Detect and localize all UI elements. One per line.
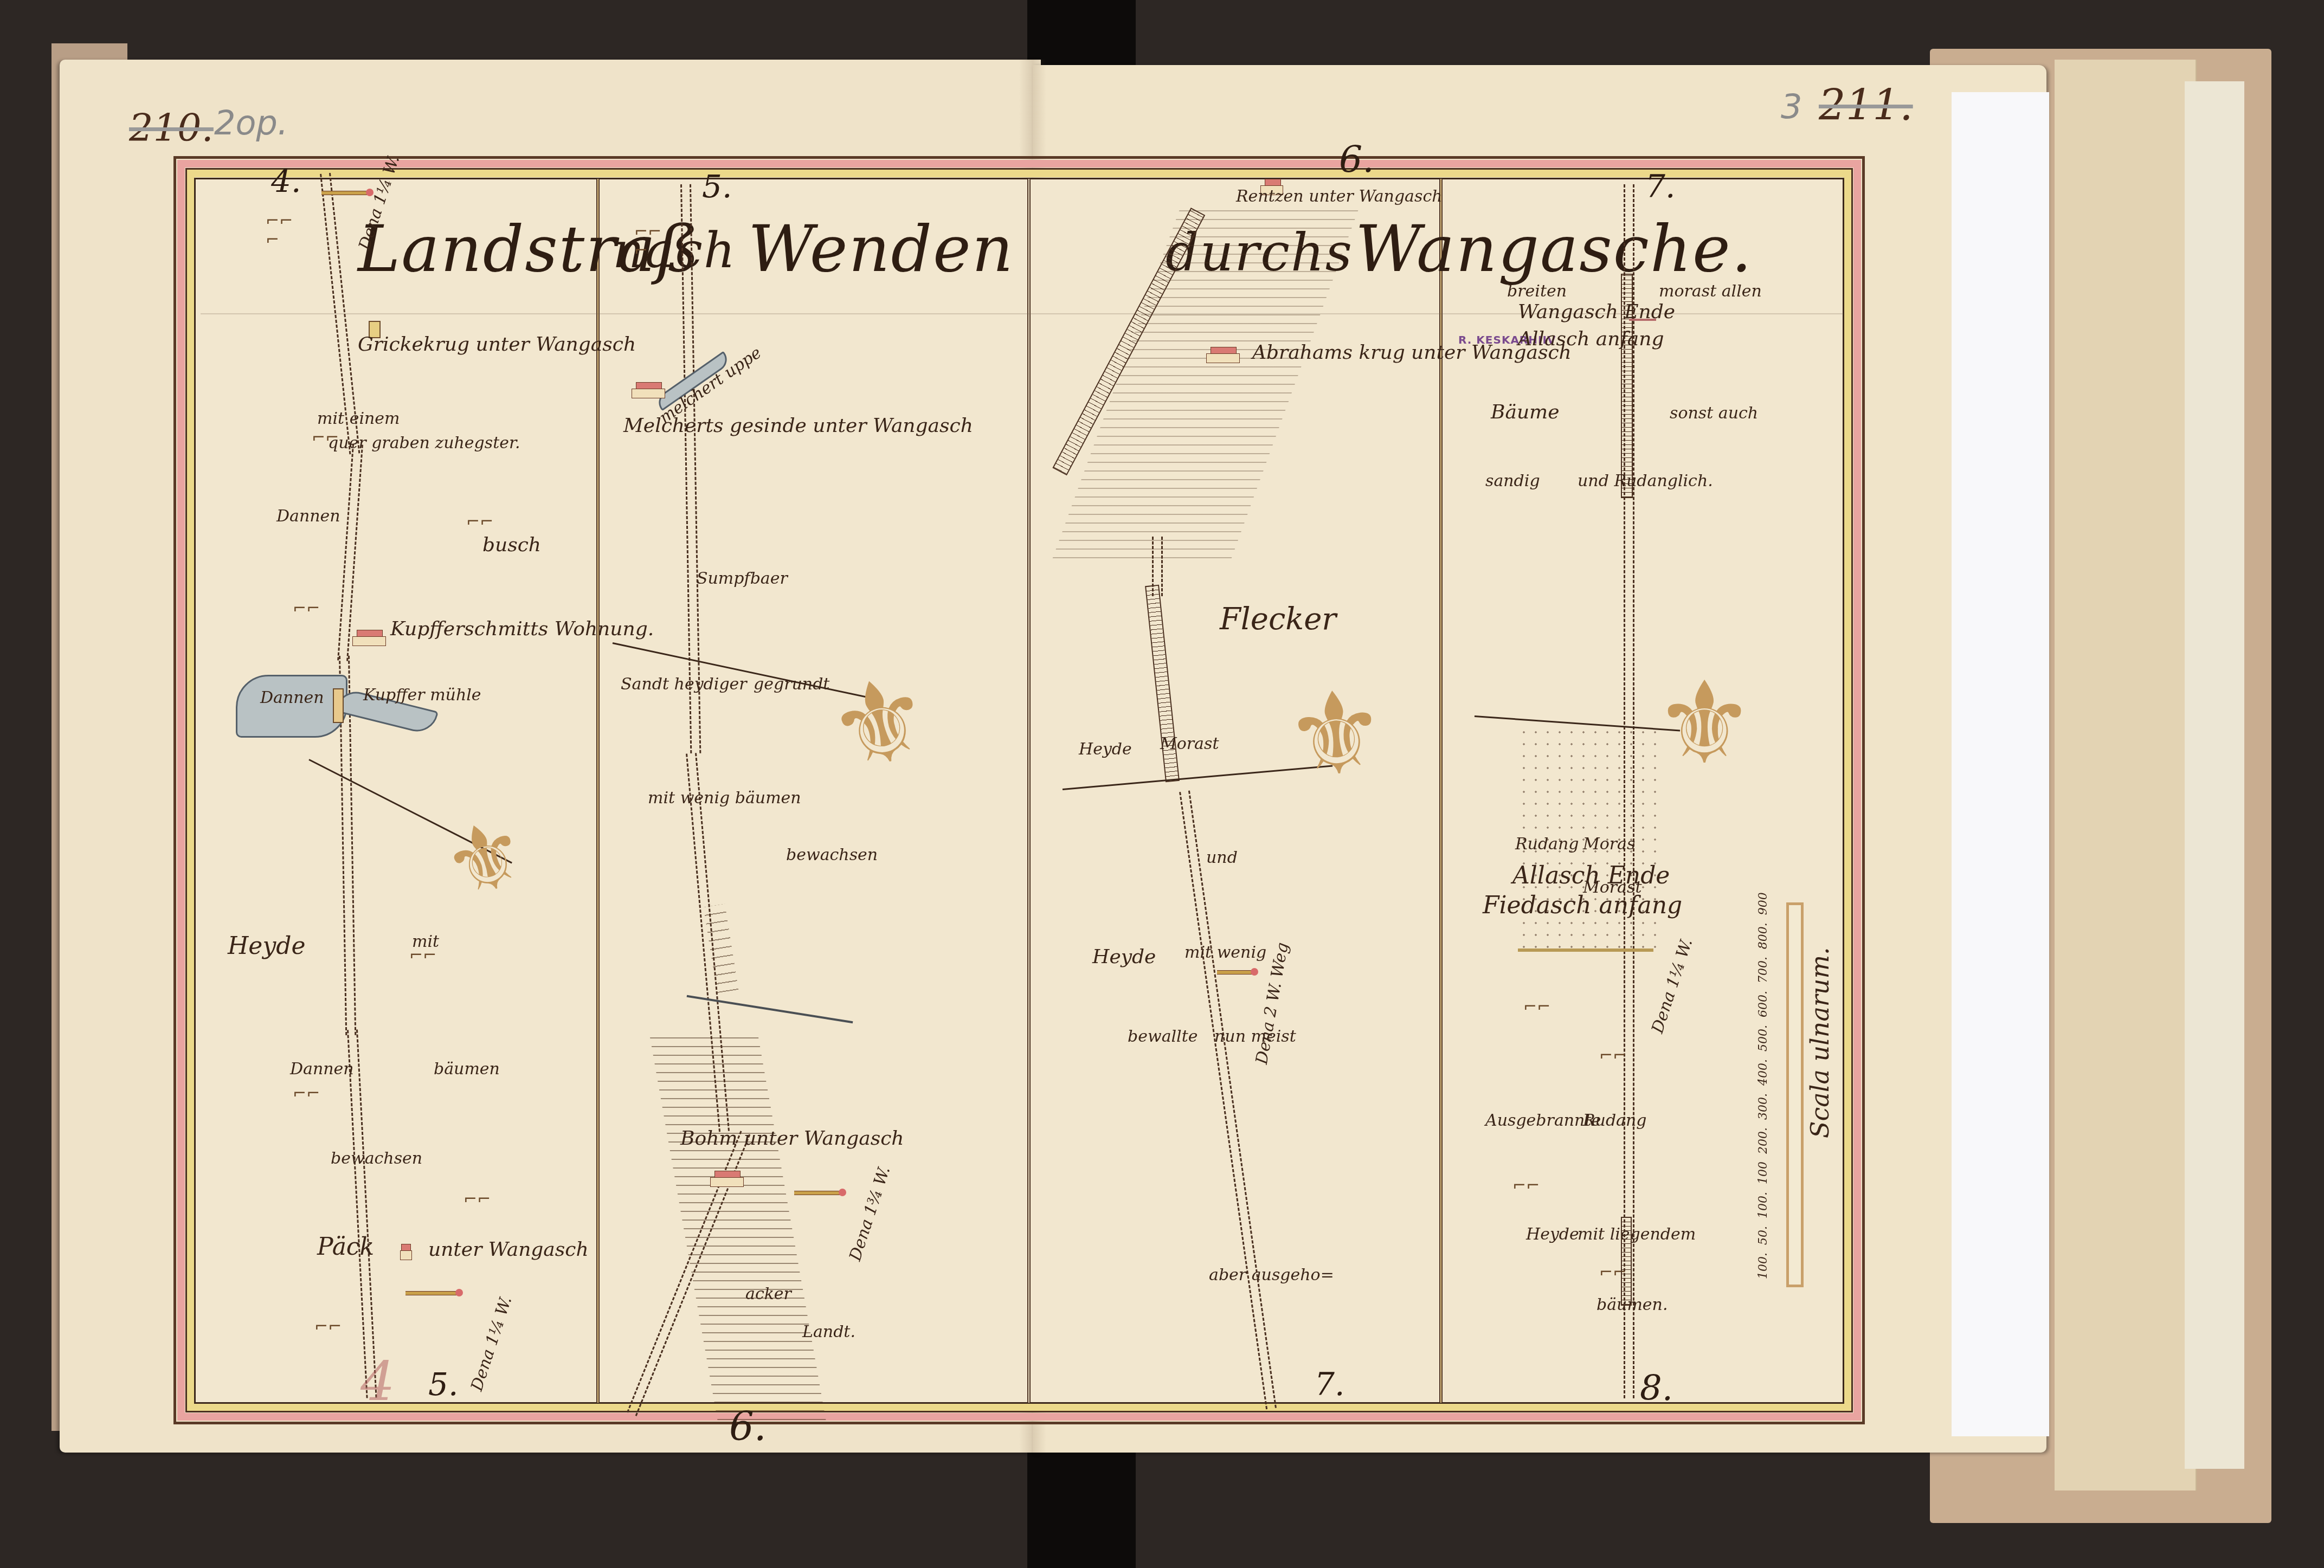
strip-divider-1 — [596, 179, 600, 1403]
label-acker: acker — [745, 1285, 791, 1304]
grass-symbol: ⌐⌐⌐ — [266, 211, 293, 249]
label-bewachsen: bewachsen — [331, 1149, 422, 1168]
folio-left-pencil: 2op. — [214, 103, 288, 143]
title-word-3: Wenden — [748, 211, 1014, 286]
label-kupfferschmitts: Kupfferschmitts Wohnung. — [390, 618, 654, 640]
milestone-marker-6: 6. — [729, 1404, 767, 1449]
label-bewachsen-2: bewachsen — [786, 846, 878, 864]
grass-symbol: ⌐⌐ — [293, 599, 320, 618]
label-sonst-auch: sonst auch — [1670, 404, 1758, 423]
label-heyde: Heyde — [228, 932, 305, 960]
label-dannen: Dannen — [276, 507, 340, 526]
flyleaf-right — [2185, 81, 2244, 1469]
label-moras: Moras — [1583, 835, 1635, 854]
label-allasch-anfang: Allasch anfang — [1518, 328, 1664, 350]
milestone-marker-8: 8. — [1640, 1369, 1673, 1409]
verst-post — [321, 191, 370, 195]
label-bewallte: bewallte — [1128, 1027, 1198, 1046]
label-mit-liegendem: mit liegendem — [1578, 1225, 1696, 1244]
label-mit-wenig-baumen: mit wenig bäumen — [648, 789, 801, 808]
scale-tick: 100. — [1756, 1253, 1770, 1279]
milestone-marker-4: 4. — [271, 163, 301, 199]
grass-symbol: ⌐⌐ — [466, 512, 493, 531]
house-icon — [400, 1244, 411, 1259]
label-mit-einem: mit einem — [317, 409, 400, 428]
scale-tick: 200. — [1756, 1127, 1770, 1154]
label-heyde-2: Heyde — [1079, 740, 1132, 759]
label-grickekrug: Grickekrug unter Wangasch — [358, 333, 636, 356]
label-sandig: sandig — [1485, 472, 1540, 491]
milestone-marker-6-top: 6. — [1339, 138, 1374, 181]
grass-symbol: ⌐⌐ — [1523, 997, 1550, 1016]
house-icon — [710, 1171, 743, 1186]
grass-symbol: ⌐⌐ — [1599, 1046, 1626, 1065]
grass-symbol: ⌐⌐ — [293, 1084, 320, 1103]
label-baumen-2: bäumen. — [1596, 1295, 1668, 1314]
verst-post — [794, 1191, 843, 1195]
label-sumpfbaer: Sumpfbaer — [697, 569, 788, 588]
label-baumen: bäumen — [434, 1060, 500, 1079]
scale-title: Scala ulnarum. — [1805, 947, 1834, 1138]
label-rentzen: Rentzen unter Wangasch — [1236, 187, 1443, 206]
scale-tick: 100. — [1756, 1192, 1770, 1218]
label-morast-2: Morast — [1583, 878, 1641, 897]
scale-tick: 800. — [1756, 922, 1770, 949]
label-aber-ausgeho: aber ausgeho= — [1209, 1266, 1334, 1285]
scale-tick: 700. — [1756, 957, 1770, 983]
milestone-marker-7: 7. — [1315, 1366, 1344, 1403]
label-rudang: Rudang — [1515, 835, 1579, 854]
folio-right-pencil: 3 — [1781, 87, 1802, 126]
scale-tick: 300. — [1756, 1093, 1770, 1120]
milestone-marker-5: 5. — [428, 1366, 458, 1403]
label-heyde-3: Heyde — [1092, 946, 1156, 968]
title-word-2: nach — [613, 222, 736, 279]
label-breiten: breiten — [1507, 282, 1567, 301]
label-morast: Morast — [1160, 734, 1219, 753]
scale-tick: 600. — [1756, 991, 1770, 1017]
label-morast-allen: morast allen — [1659, 282, 1762, 301]
grass-symbol: ⌐⌐ — [312, 428, 339, 447]
milestone-marker-7-top: 7. — [1645, 168, 1675, 205]
pencil-marker-4: 4 — [360, 1350, 395, 1413]
house-icon — [632, 382, 664, 397]
label-sandt-heydiger: Sandt heydiger — [621, 675, 747, 694]
grass-symbol: ⌐⌐ — [314, 1317, 342, 1336]
label-landt: Landt. — [802, 1322, 855, 1341]
folio-left-ink: 210. — [129, 106, 214, 150]
strip-divider-2 — [1027, 179, 1031, 1403]
compass-rose-icon: ⚜ — [1280, 673, 1392, 796]
scale-tick: 400. — [1756, 1059, 1770, 1086]
grass-symbol: ⌐⌐⌐ — [634, 222, 661, 260]
label-kupffer-muhle: Kupffer mühle — [363, 686, 481, 705]
label-busch: busch — [482, 534, 541, 556]
verst-post — [1217, 970, 1255, 975]
label-quer-graben: quer graben zuhegster. — [328, 434, 520, 453]
grass-symbol: ⌐⌐ — [409, 946, 436, 965]
label-mit-wenig: mit wenig — [1184, 943, 1266, 962]
label-pack: Päck — [317, 1233, 374, 1261]
label-rudang-2: Rudang — [1583, 1111, 1647, 1130]
label-dannen-2: Dannen — [260, 688, 324, 707]
label-unter-wangasch: unter Wangasch — [428, 1238, 589, 1261]
label-und: und — [1206, 848, 1238, 867]
grass-symbol: ⌐⌐ — [463, 1190, 491, 1209]
label-melcherts-gesinde: Melcherts gesinde unter Wangasch — [623, 415, 973, 437]
verst-post — [405, 1291, 460, 1295]
label-heyde-4: Heyde — [1526, 1225, 1579, 1244]
causeway — [1621, 1217, 1632, 1306]
grass-symbol: ⌐⌐ — [1512, 1176, 1540, 1195]
label-baume: Bäume — [1491, 401, 1560, 423]
boundary-marker — [1629, 319, 1656, 321]
compass-rose-icon: ⚜ — [1653, 667, 1755, 780]
scale-tick: 500. — [1756, 1025, 1770, 1051]
sand-edge — [1518, 948, 1653, 952]
scale-ticks: 100. 50. 100. 100 200. 300. 400. 500. 60… — [1756, 1247, 2136, 1279]
label-flecker: Flecker — [1220, 602, 1336, 637]
scale-tick: 100 — [1756, 1162, 1770, 1184]
milestone-marker-5-top: 5. — [702, 168, 732, 205]
house-icon — [352, 630, 385, 645]
label-bohm: Bohm unter Wangasch — [680, 1127, 904, 1150]
scale-tick: 900 — [1756, 892, 1770, 915]
scale-bar — [1786, 902, 1804, 1287]
folio-right-ink: 211. — [1819, 81, 1913, 130]
title-word-5: Wangasche. — [1355, 211, 1753, 286]
house-icon — [1206, 347, 1239, 362]
inserted-white-slip — [1952, 92, 2049, 1436]
label-dannen-3: Dannen — [290, 1060, 354, 1079]
bridge-icon — [333, 688, 344, 723]
label-rudanglich: und Rudanglich. — [1578, 472, 1713, 491]
label-nun-meist: nun meist — [1214, 1027, 1296, 1046]
scale-tick: 50. — [1756, 1226, 1770, 1245]
